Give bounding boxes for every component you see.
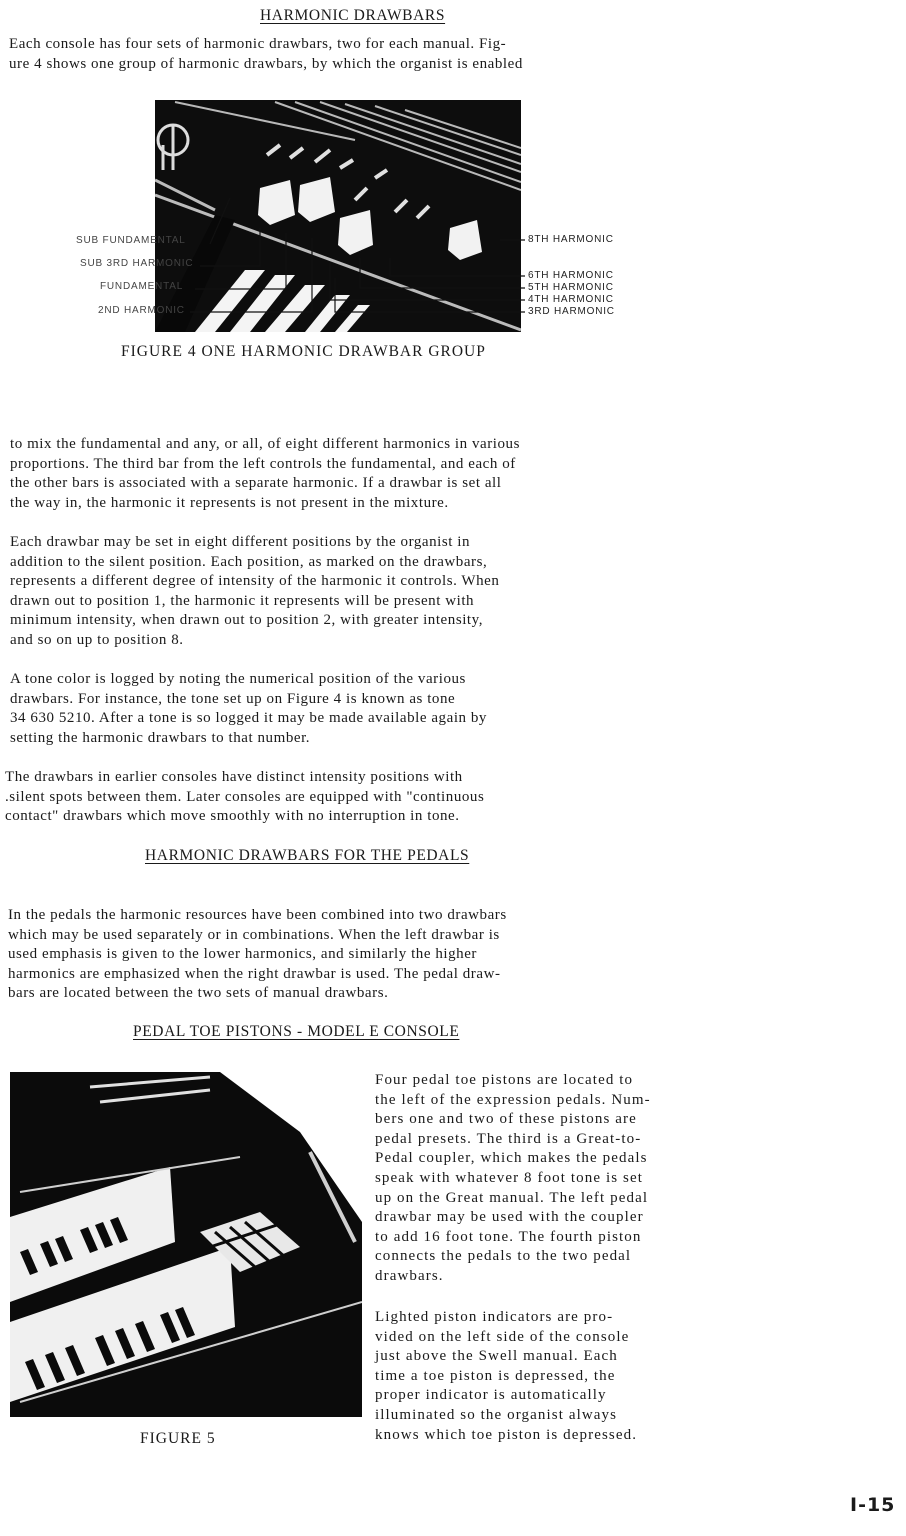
paragraph-pedal-drawbars: In the pedals the harmonic resources hav… [8, 906, 728, 1004]
page-number: I-15 [850, 1494, 895, 1516]
section-heading-toe-pistons: PEDAL TOE PISTONS - MODEL E CONSOLE [133, 1023, 459, 1041]
paragraph-continuous-contact: The drawbars in earlier consoles have di… [5, 768, 725, 827]
paragraph-tone-logging: A tone color is logged by noting the num… [10, 670, 730, 748]
section-heading-harmonic-drawbars: HARMONIC DRAWBARS [260, 7, 445, 25]
paragraph-mix: to mix the fundamental and any, or all, … [10, 435, 730, 513]
figure-4-leader-lines [70, 98, 630, 338]
figure-5-console-photo [10, 1072, 362, 1417]
console-photo-illustration [10, 1072, 362, 1417]
figure-4: SUB FUNDAMENTAL SUB 3RD HARMONIC FUNDAME… [70, 98, 630, 338]
figure-4-caption: FIGURE 4 ONE HARMONIC DRAWBAR GROUP [121, 343, 486, 361]
paragraph-toe-pistons: Four pedal toe pistons are located to th… [375, 1071, 755, 1287]
paragraph-piston-indicators: Lighted piston indicators are pro- vided… [375, 1308, 755, 1445]
figure-5-caption: FIGURE 5 [140, 1430, 216, 1448]
section-heading-pedal-drawbars: HARMONIC DRAWBARS FOR THE PEDALS [145, 847, 469, 865]
paragraph-positions: Each drawbar may be set in eight differe… [10, 533, 730, 651]
intro-paragraph: Each console has four sets of harmonic d… [9, 35, 729, 74]
